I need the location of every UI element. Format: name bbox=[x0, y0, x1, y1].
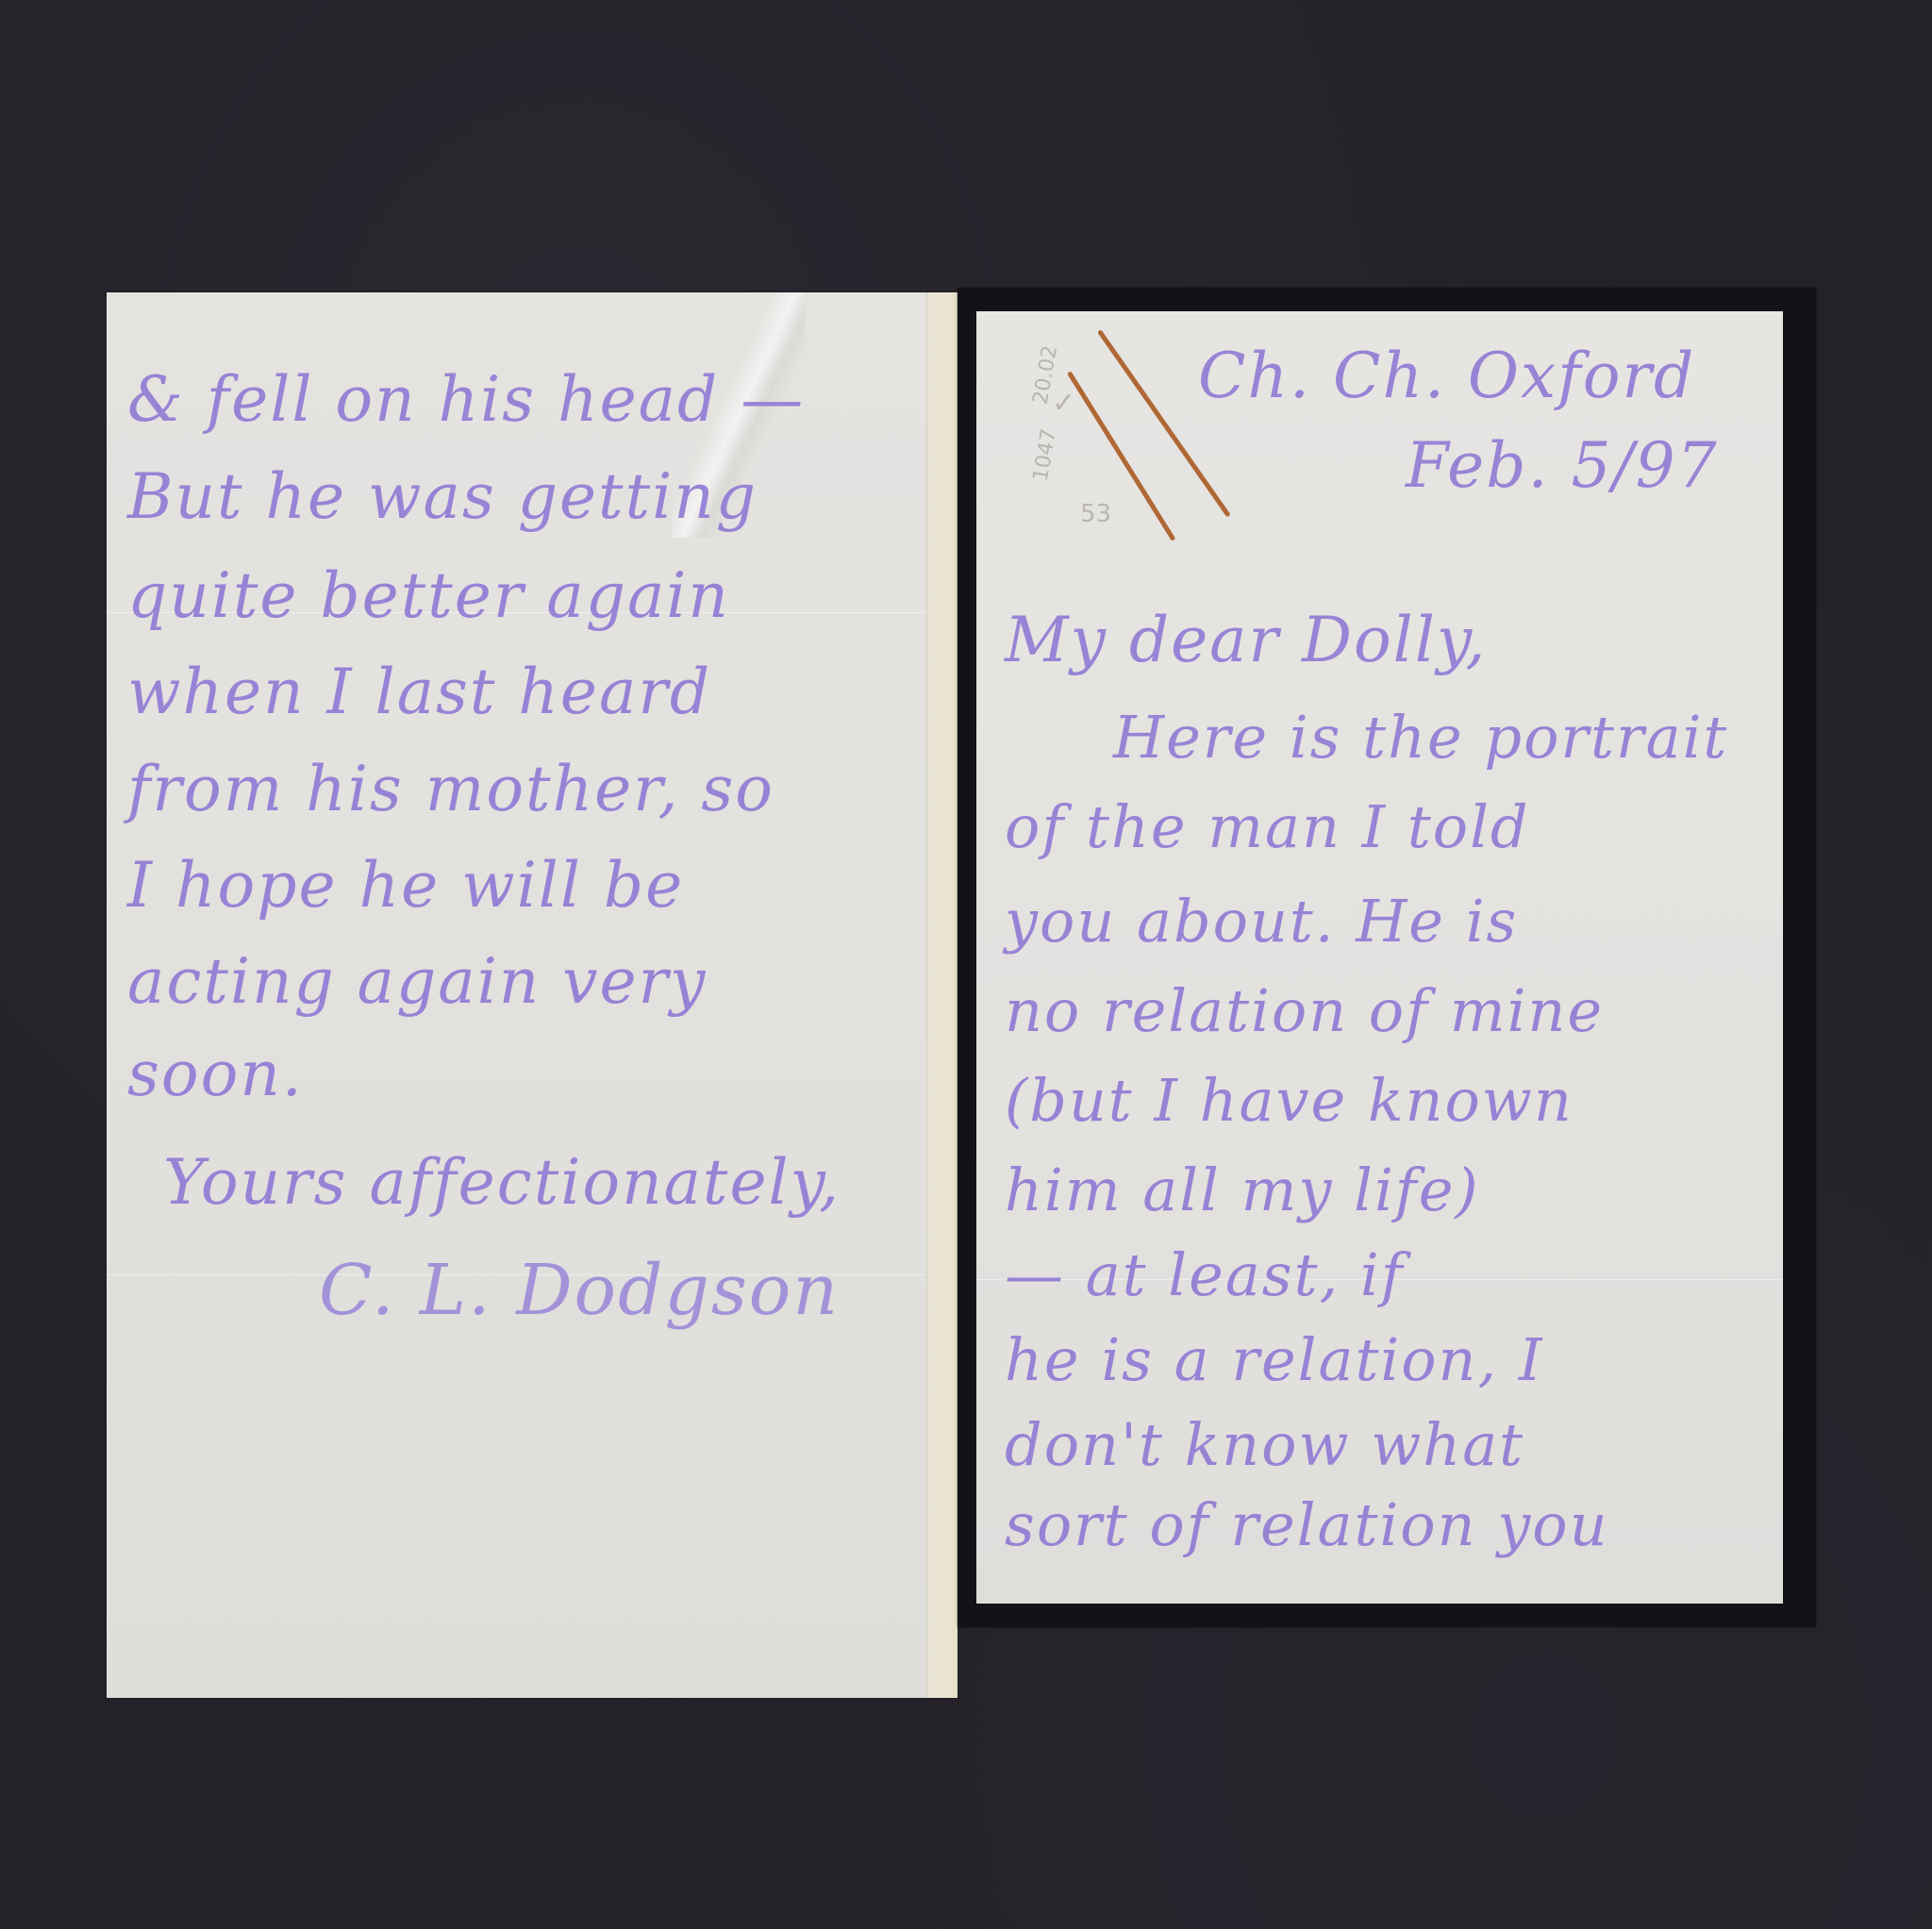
right-line-9: don't know what bbox=[1005, 1410, 1524, 1479]
right-line-4: no relation of mine bbox=[1005, 976, 1604, 1045]
pencil-tick: ✓ bbox=[1052, 387, 1075, 420]
date: Feb. 5/97 bbox=[1406, 429, 1719, 502]
left-page: & fell on his head — But he was getting … bbox=[107, 292, 958, 1698]
signature: C. L. Dodgson bbox=[319, 1250, 840, 1331]
left-line-5: from his mother, so bbox=[127, 753, 774, 825]
right-line-8: he is a relation, I bbox=[1005, 1325, 1543, 1394]
right-line-3: you about. He is bbox=[1005, 887, 1518, 956]
right-page: 20.02 ✓ 1047 53 Ch. Ch. Oxford Feb. 5/97… bbox=[976, 311, 1783, 1604]
pencil-note: 1047 bbox=[1029, 427, 1061, 483]
left-line-3: quite better again bbox=[127, 559, 730, 632]
closing: Yours affectionately, bbox=[163, 1146, 841, 1219]
pencil-note: 53 bbox=[1080, 500, 1111, 528]
right-line-10: sort of relation you bbox=[1005, 1490, 1609, 1559]
left-line-8: soon. bbox=[127, 1038, 304, 1110]
left-line-2: But he was getting bbox=[127, 460, 758, 533]
right-line-6: him all my life) bbox=[1005, 1156, 1480, 1224]
right-line-7: — at least, if bbox=[1005, 1240, 1405, 1309]
left-line-7: acting again very bbox=[127, 945, 707, 1018]
left-line-6: I hope he will be bbox=[127, 849, 684, 922]
left-line-4: when I last heard bbox=[127, 656, 711, 728]
right-line-1: Here is the portrait bbox=[1113, 703, 1728, 772]
right-line-2: of the man I told bbox=[1005, 792, 1530, 861]
page-spine bbox=[926, 292, 958, 1698]
address: Ch. Ch. Oxford bbox=[1198, 340, 1695, 412]
left-line-1: & fell on his head — bbox=[127, 363, 805, 436]
salutation: My dear Dolly, bbox=[1005, 604, 1487, 676]
right-line-5: (but I have known bbox=[1005, 1066, 1574, 1135]
